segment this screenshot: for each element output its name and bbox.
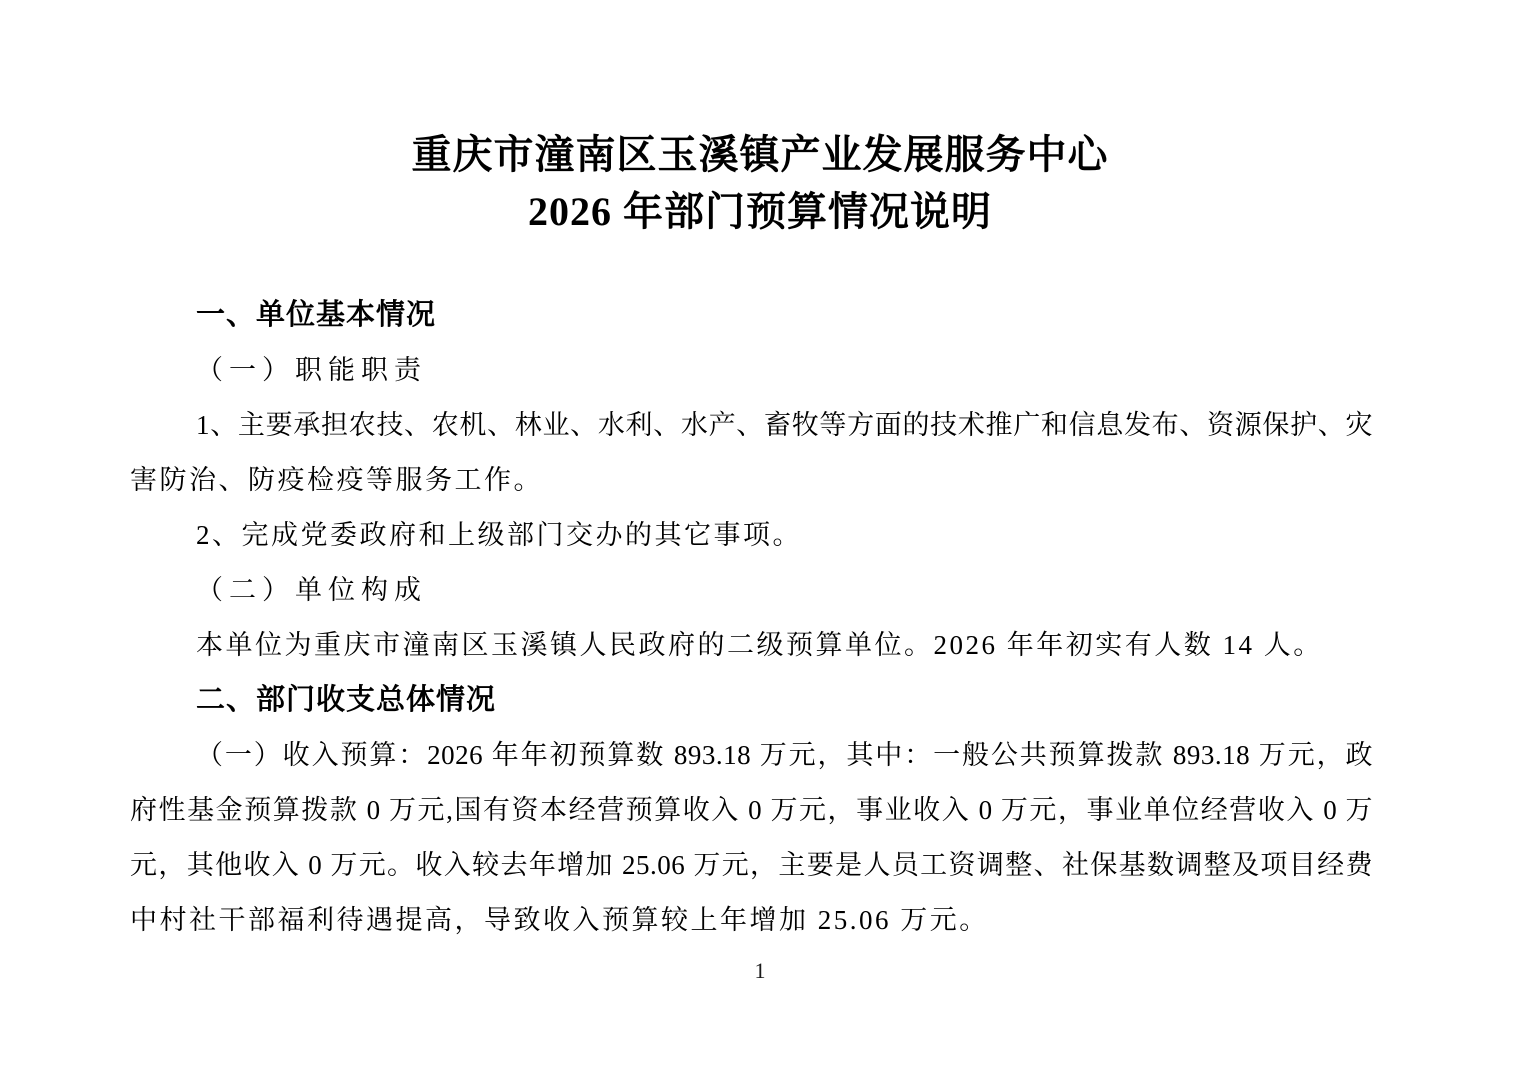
paragraph-4-line-4: 中村社干部福利待遇提高，导致收入预算较上年增加 25.06 万元。 — [130, 893, 1373, 948]
paragraph-1-line-1: 1、主要承担农技、农机、林业、水利、水产、畜牧等方面的技术推广和信息发布、资源保… — [130, 398, 1373, 453]
page-footer: 1 — [0, 958, 1520, 984]
document-body: 一、单位基本情况 （一）职能职责 1、主要承担农技、农机、林业、水利、水产、畜牧… — [130, 288, 1373, 948]
paragraph-4-line-1: （一）收入预算：2026 年年初预算数 893.18 万元，其中：一般公共预算拨… — [130, 728, 1373, 783]
title-line-1: 重庆市潼南区玉溪镇产业发展服务中心 — [0, 126, 1520, 183]
title-line-2: 2026 年部门预算情况说明 — [0, 183, 1520, 240]
paragraph-1-line-2: 害防治、防疫检疫等服务工作。 — [130, 453, 1373, 508]
document-title: 重庆市潼南区玉溪镇产业发展服务中心 2026 年部门预算情况说明 — [0, 126, 1520, 240]
section-2-heading: 二、部门收支总体情况 — [130, 673, 1373, 728]
paragraph-3: 本单位为重庆市潼南区玉溪镇人民政府的二级预算单位。2026 年年初实有人数 14… — [130, 618, 1373, 673]
paragraph-4-line-3: 元，其他收入 0 万元。收入较去年增加 25.06 万元，主要是人员工资调整、社… — [130, 838, 1373, 893]
section-1-heading: 一、单位基本情况 — [130, 288, 1373, 343]
document-page: 重庆市潼南区玉溪镇产业发展服务中心 2026 年部门预算情况说明 一、单位基本情… — [0, 0, 1520, 1074]
subsection-1-2-heading: （二）单位构成 — [130, 563, 1373, 618]
paragraph-4-line-2: 府性基金预算拨款 0 万元,国有资本经营预算收入 0 万元，事业收入 0 万元，… — [130, 783, 1373, 838]
subsection-1-1-heading: （一）职能职责 — [130, 343, 1373, 398]
paragraph-2: 2、完成党委政府和上级部门交办的其它事项。 — [130, 508, 1373, 563]
page-number: 1 — [755, 958, 766, 983]
